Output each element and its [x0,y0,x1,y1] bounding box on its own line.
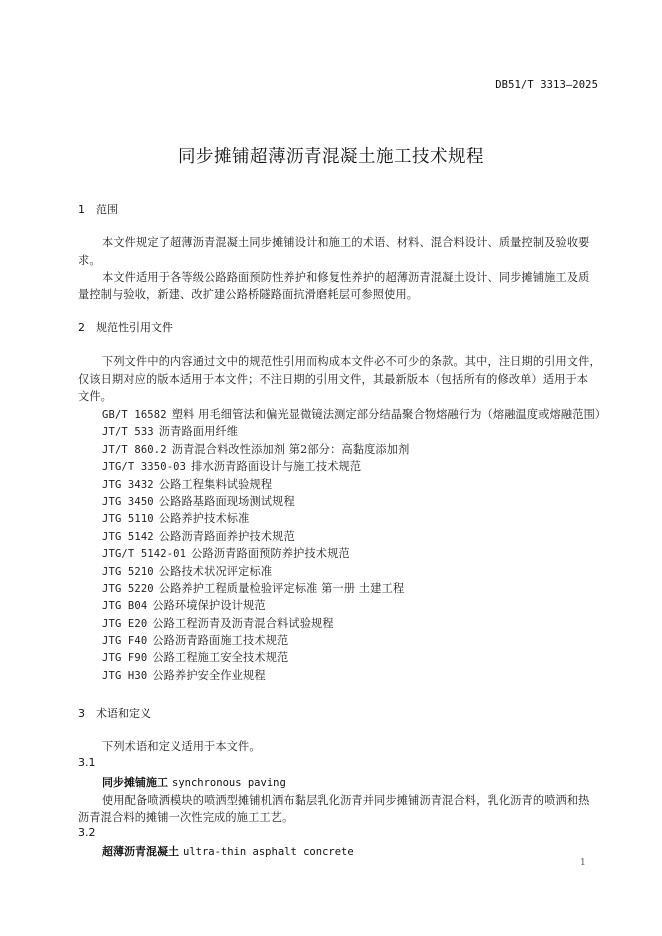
reference-code: JTG/T 3350-03 [102,461,186,473]
standard-code: DB51/T 3313—2025 [495,79,598,91]
reference-code: JTG F90 [102,652,147,664]
paragraph-line: 求。 [78,252,598,268]
document-page: DB51/T 3313—2025 同步摊铺超薄沥青混凝土施工技术规程 1范围 本… [0,0,662,936]
reference-item: JTG H30公路养护安全作业规程 [102,667,266,683]
reference-title: 公路路基路面现场测试规程 [159,495,295,508]
reference-title: 公路技术状况评定标准 [159,565,272,578]
reference-item: GB/T 16582塑料 用毛细管法和偏光显微镜法测定部分结晶聚合物熔融行为（熔… [102,406,606,422]
reference-item: JTG B04公路环境保护设计规范 [102,597,266,613]
reference-item: JTG 5210公路技术状况评定标准 [102,563,272,579]
term-heading: 超薄沥青混凝土ultra-thin asphalt concrete [102,843,354,859]
term-en: ultra-thin asphalt concrete [183,846,354,858]
section-2-heading: 2规范性引用文件 [78,319,173,335]
reference-code: JTG 5110 [102,513,154,525]
term-en: synchronous paving [172,777,286,789]
paragraph-line: 文件。 [78,388,598,404]
reference-item: JTG 5110公路养护技术标准 [102,510,249,526]
term-number: 3.2 [78,826,96,839]
reference-item: JT/T 860.2沥青混合料改性添加剂 第2部分：高黏度添加剂 [102,441,409,457]
section-title: 术语和定义 [96,707,151,720]
reference-item: JTG 5142公路沥青路面养护技术规范 [102,528,295,544]
section-intro: 下列术语和定义适用于本文件。 [102,738,261,754]
reference-title: 公路沥青路面预防养护技术规范 [191,547,350,560]
term-number: 3.1 [78,756,96,769]
reference-title: 公路养护技术标准 [159,512,250,525]
reference-code: JTG 5142 [102,531,154,543]
reference-title: 塑料 用毛细管法和偏光显微镜法测定部分结晶聚合物熔融行为（熔融温度或熔融范围） [172,408,607,421]
paragraph-line: 本文件规定了超薄沥青混凝土同步摊铺设计和施工的术语、材料、混合料设计、质量控制及… [102,234,590,250]
reference-code: JT/T 860.2 [102,444,167,456]
reference-code: JTG E20 [102,618,147,630]
paragraph-line: 量控制与验收，新建、改扩建公路桥隧路面抗滑磨耗层可参照使用。 [78,286,598,302]
reference-title: 公路工程沥青及沥青混合料试验规程 [152,617,333,630]
section-title: 规范性引用文件 [96,321,173,334]
term-heading: 同步摊铺施工synchronous paving [102,774,286,790]
page-number: 1 [580,858,586,868]
reference-code: JTG 3432 [102,479,154,491]
reference-item: JTG/T 3350-03排水沥青路面设计与施工技术规范 [102,458,361,474]
section-number: 2 [78,321,96,334]
reference-title: 公路养护安全作业规程 [152,669,265,682]
reference-code: JT/T 533 [102,426,154,438]
reference-code: JTG 5220 [102,583,154,595]
reference-code: JTG 5210 [102,566,154,578]
reference-title: 公路沥青路面施工技术规范 [152,634,288,647]
reference-code: JTG B04 [102,600,147,612]
reference-title: 公路养护工程质量检验评定标准 第一册 土建工程 [159,582,405,595]
reference-title: 公路工程施工安全技术规范 [152,651,288,664]
paragraph-line: 仅该日期对应的版本适用于本文件；不注日期的引用文件，其最新版本（包括所有的修改单… [78,371,598,387]
reference-title: 沥青路面用纤维 [159,425,238,438]
reference-title: 排水沥青路面设计与施工技术规范 [191,460,361,473]
reference-item: JTG 3432公路工程集料试验规程 [102,476,272,492]
reference-code: JTG 3450 [102,496,154,508]
definition-line: 沥青混合料的摊铺一次性完成的施工工艺。 [78,809,598,825]
section-number: 1 [78,203,96,216]
reference-code: JTG F40 [102,635,147,647]
definition-line: 使用配备喷洒模块的喷洒型摊铺机洒布黏层乳化沥青并同步摊铺沥青混合料，乳化沥青的喷… [102,792,590,808]
reference-title: 公路工程集料试验规程 [159,478,272,491]
reference-item: JTG E20公路工程沥青及沥青混合料试验规程 [102,615,334,631]
section-number: 3 [78,707,96,720]
section-1-heading: 1范围 [78,201,118,217]
section-title: 范围 [96,203,118,216]
reference-title: 公路沥青路面养护技术规范 [159,530,295,543]
reference-item: JTG 3450公路路基路面现场测试规程 [102,493,295,509]
reference-item: JTG 5220公路养护工程质量检验评定标准 第一册 土建工程 [102,580,404,596]
reference-code: JTG/T 5142-01 [102,548,186,560]
reference-code: GB/T 16582 [102,409,167,421]
paragraph-line: 下列文件中的内容通过文中的规范性引用而构成本文件必不可少的条款。其中，注日期的引… [102,353,601,369]
reference-item: JTG F90公路工程施工安全技术规范 [102,649,288,665]
reference-title: 公路环境保护设计规范 [152,599,265,612]
reference-item: JTG/T 5142-01公路沥青路面预防养护技术规范 [102,545,350,561]
term-zh: 同步摊铺施工 [102,776,168,789]
section-3-heading: 3术语和定义 [78,705,151,721]
reference-title: 沥青混合料改性添加剂 第2部分：高黏度添加剂 [172,443,410,456]
paragraph-line: 本文件适用于各等级公路路面预防性养护和修复性养护的超薄沥青混凝土设计、同步摊铺施… [102,269,590,285]
document-title: 同步摊铺超薄沥青混凝土施工技术规程 [0,143,662,168]
term-zh: 超薄沥青混凝土 [102,845,179,858]
reference-code: JTG H30 [102,670,147,682]
reference-item: JTG F40公路沥青路面施工技术规范 [102,632,288,648]
reference-item: JT/T 533沥青路面用纤维 [102,423,238,439]
